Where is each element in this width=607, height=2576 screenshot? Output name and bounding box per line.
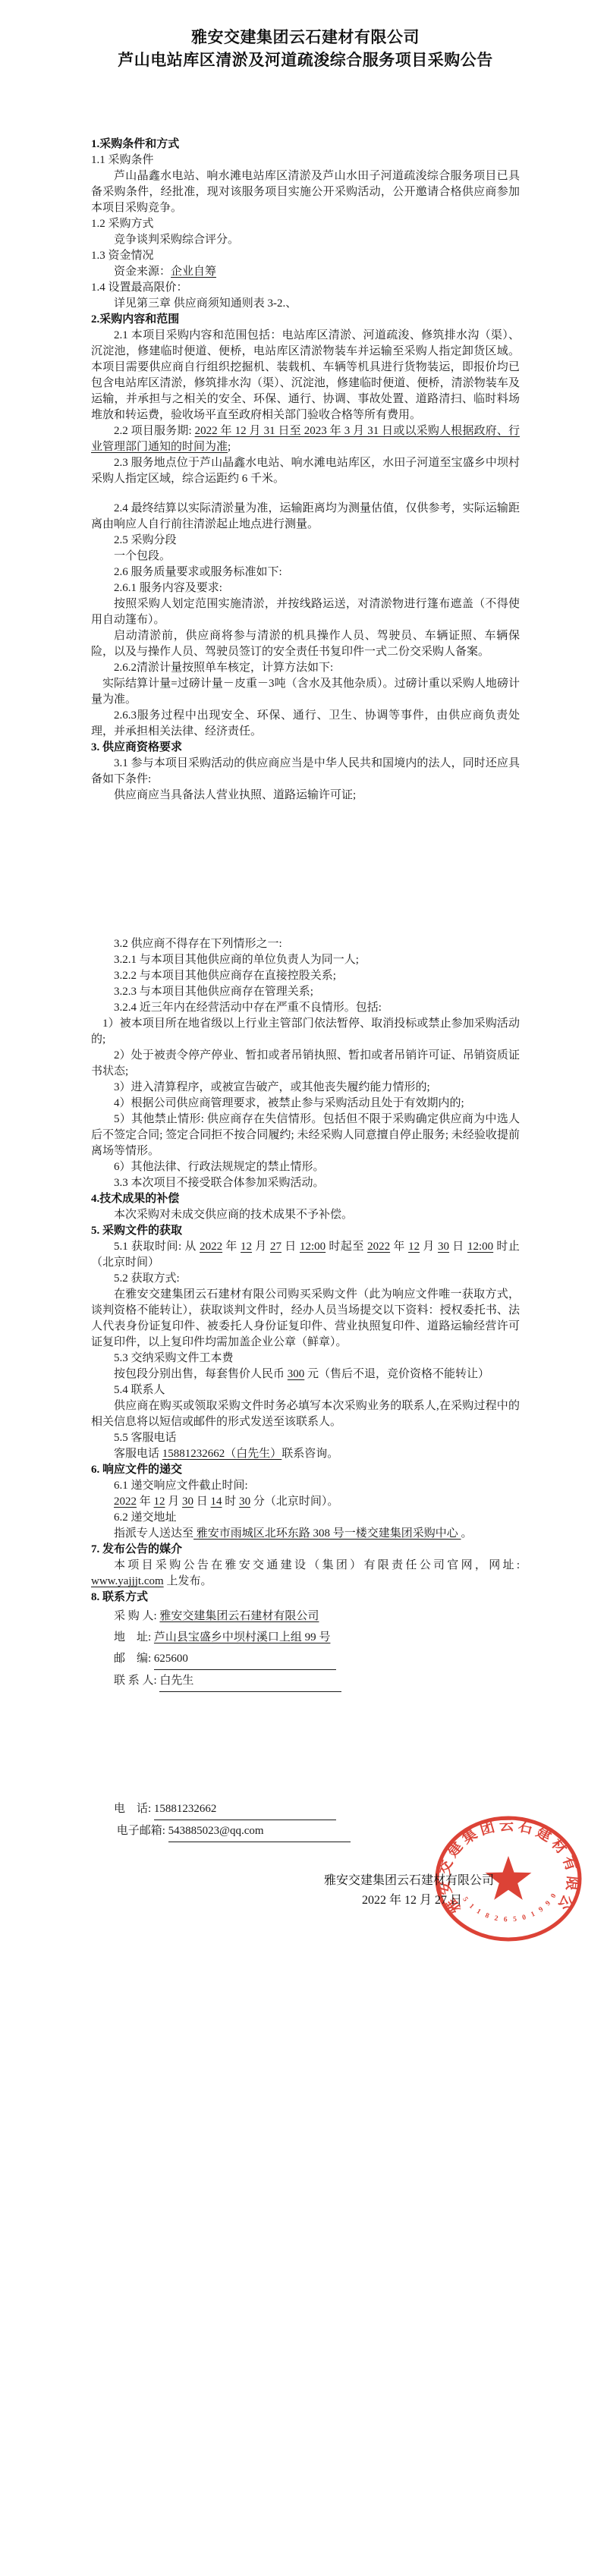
paragraph: 5）其他禁止情形: 供应商存在失信情形。包括但不限于采购确定供应商为中选人后不签… (91, 1112, 520, 1159)
paragraph: 2.4 最终结算以实际清淤量为准，运输距离均为测量估值，仅供参考，实际运输距离由… (91, 501, 520, 533)
underline-field: 雅安交建集团云石建材有限公司 (159, 1610, 319, 1622)
text-segment: 日 (193, 1496, 211, 1508)
paragraph: 2022 年 12 月 30 日 14 时 30 分（北京时间）。 (91, 1494, 520, 1510)
document-content: 雅安交建集团云石建材有限公司 芦山电站库区清淤及河道疏浚综合服务项目采购公告 1… (0, 0, 607, 1911)
underline-field: 12:00 (300, 1241, 326, 1253)
text-segment: 2.6.1 服务内容及要求: (114, 582, 222, 594)
paragraph: 2.6 服务质量要求或服务标准如下: (91, 565, 520, 580)
paragraph: 实际结算计量=过磅计量－皮重－3吨（含水及其他杂质）。过磅计重以采购人地磅计量为… (91, 676, 520, 708)
paragraph: 按包段分别出售，每套售价人民币 300 元（售后不退，竞价资格不能转让） (91, 1367, 520, 1382)
text-segment: 一个包段。 (114, 550, 171, 562)
text-segment: 电子邮箱: (114, 1825, 168, 1837)
paragraph: 芦山晶鑫水电站、响水滩电站库区清淤及芦山水田子河道疏浚综合服务项目已具备采购条件… (91, 168, 520, 216)
contact-person-field: 联 系 人: 白先生 (91, 1670, 520, 1692)
paragraph: 2.1 本项目采购内容和范围包括：电站库区清淤、河道疏浚、修筑排水沟（渠）、沉淀… (91, 328, 520, 423)
paragraph: 启动清淤前，供应商将参与清淤的机具操作人员、驾驶员、车辆证照、车辆保险，以及与操… (91, 628, 520, 660)
text-segment: 按包段分别出售，每套售价人民币 (114, 1368, 288, 1380)
text-segment: 实际结算计量=过磅计量－皮重－3吨（含水及其他杂质）。过磅计重以采购人地磅计量为… (91, 678, 520, 706)
paragraph: 6.1 递交响应文件截止时间: (91, 1478, 520, 1494)
text-segment: 1.4 设置最高限价： (91, 282, 188, 294)
text-segment: 地 址: (114, 1631, 154, 1643)
underline-field: 27 (270, 1241, 281, 1253)
text-segment: 邮 编: (114, 1653, 154, 1665)
text-segment: 3）进入清算程序，或被宣告破产，或其他丧失履约能力情形的; (114, 1081, 430, 1093)
text-segment: 2.4 最终结算以实际清淤量为准，运输距离均为测量估值，仅供参考，实际运输距离由… (91, 502, 520, 530)
text-segment: 芦山晶鑫水电站、响水滩电站库区清淤及芦山水田子河道疏浚综合服务项目已具备采购条件… (91, 170, 520, 214)
underline-field: 14 (211, 1496, 222, 1508)
text-segment: 3.1 参与本项目采购活动的供应商应当是中华人民共和国境内的法人，同时还应具备如… (91, 757, 520, 785)
paragraph: 1）被本项目所在地省级以上行业主管部门依法暂停、取消投标或禁止参加采购活动的; (91, 1016, 520, 1048)
underline-field: 白先生 (159, 1670, 341, 1692)
text-segment: 3.3 本次项目不接受联合体参加采购活动。 (114, 1177, 325, 1189)
text-segment: 6.1 递交响应文件截止时间: (114, 1480, 248, 1492)
underline-field: 30 (182, 1496, 193, 1508)
text-segment: 2.1 本项目采购内容和范围包括：电站库区清淤、河道疏浚、修筑排水沟（渠）、沉淀… (91, 329, 520, 421)
text-segment: 月 (165, 1496, 183, 1508)
underline-field: 30 (239, 1496, 250, 1508)
underline-field: 企业自筹 (171, 266, 216, 278)
text-segment: 年 (137, 1496, 154, 1508)
text-segment: 1.2 采购方式 (91, 218, 154, 230)
text-segment: 指派专人送达至 (114, 1527, 193, 1540)
paragraph: 3.1 参与本项目采购活动的供应商应当是中华人民共和国境内的法人，同时还应具备如… (91, 756, 520, 788)
paragraph: 供应商在购买或领取采购文件时务必填写本次采购业务的联系人,在采购过程中的相关信息… (91, 1398, 520, 1430)
text-segment: 2.3 服务地点位于芦山晶鑫水电站、响水滩电站库区，水田子河道至宝盛乡中坝村采购… (91, 457, 520, 485)
paragraph: 3.2.3 与本项目其他供应商存在管理关系; (91, 984, 520, 1000)
text-segment: 6. 响应文件的递交 (91, 1464, 182, 1476)
paragraph: 1.2 采购方式 (91, 216, 520, 232)
text-segment: 1.采购条件和方式 (91, 138, 179, 150)
text-segment: 5. 采购文件的获取 (91, 1225, 182, 1237)
text-segment: 3. 供应商资格要求 (91, 741, 182, 753)
signature-date: 2022 年 12 月 27 日 (91, 1891, 520, 1911)
paragraph: 5.3 交纳采购文件工本费 (91, 1351, 520, 1367)
text-segment: 2.6 服务质量要求或服务标准如下: (114, 566, 282, 578)
text-segment: 客服电话 (114, 1448, 162, 1460)
paragraph: 5.4 联系人 (91, 1382, 520, 1398)
text-segment: 竞争谈判采购综合评分。 (114, 234, 239, 246)
text-segment: 2.5 采购分段 (114, 534, 177, 546)
text-segment: 本次采购对未成交供应商的技术成果不予补偿。 (114, 1209, 353, 1221)
purchaser-field: 采 购 人: 雅安交建集团云石建材有限公司 (91, 1606, 520, 1627)
text-segment: 3.2 供应商不得存在下列情形之一: (114, 938, 282, 950)
paragraph: 在雅安交建集团云石建材有限公司购买采购文件（此为响应文件唯一获取方式，谈判资格不… (91, 1287, 520, 1351)
text-segment: 5.4 联系人 (114, 1384, 165, 1396)
paragraph: 5.1 获取时间: 从 2022 年 12 月 27 日 12:00 时起至 2… (91, 1239, 520, 1271)
text-segment: 5.5 客服电话 (114, 1432, 177, 1444)
paragraph: 2.6.3服务过程中出现安全、环保、通行、卫生、协调等事件，由供应商负责处理，并… (91, 708, 520, 740)
paragraph: 3.3 本次项目不接受联合体参加采购活动。 (91, 1175, 520, 1191)
text-segment: 在雅安交建集团云石建材有限公司购买采购文件（此为响应文件唯一获取方式，谈判资格不… (91, 1288, 520, 1348)
text-segment: 联系咨询。 (281, 1448, 338, 1460)
page-break-gap (91, 804, 520, 936)
underline-field: 15881232662（白先生） (162, 1448, 282, 1460)
paragraph: 3.2.4 近三年内在经营活动中存在严重不良情形。包括: (91, 1000, 520, 1016)
paragraph: 2）处于被责令停产停业、暂扣或者吊销执照、暂扣或者吊销许可证、吊销资质证书状态; (91, 1048, 520, 1080)
text-segment: 年 (222, 1241, 241, 1253)
text-segment: 日 (281, 1241, 300, 1253)
paragraph: 一个包段。 (91, 549, 520, 565)
title-line-2: 芦山电站库区清淤及河道疏浚综合服务项目采购公告 (91, 49, 520, 71)
text-segment: 时 (222, 1496, 240, 1508)
paragraph: 3）进入清算程序，或被宣告破产，或其他丧失履约能力情形的; (91, 1080, 520, 1096)
text-segment: 5.1 获取时间: 从 (114, 1241, 200, 1253)
section-8-heading: 8. 联系方式 (91, 1590, 520, 1606)
section-4-heading: 4.技术成果的补偿 (91, 1191, 520, 1207)
underline-field: 12:00 (467, 1241, 493, 1253)
paragraph: 6.2 递交地址 (91, 1510, 520, 1526)
text-segment: 4）根据公司供应商管理要求，被禁止参与采购活动且处于有效期内的; (114, 1097, 464, 1109)
text-segment: 资金来源： (114, 266, 171, 278)
paragraph: 2.5 采购分段 (91, 533, 520, 549)
text-segment: 电 话: (114, 1803, 154, 1815)
text-segment: ; (228, 441, 231, 453)
text-segment: 分（北京时间）。 (250, 1496, 338, 1508)
section-1-heading: 1.采购条件和方式 (91, 137, 520, 153)
paragraph: 1.3 资金情况 (91, 248, 520, 264)
section-3-heading: 3. 供应商资格要求 (91, 740, 520, 756)
text-segment: 3.2.1 与本项目其他供应商的单位负责人为同一人; (114, 954, 359, 966)
text-segment: 4.技术成果的补偿 (91, 1193, 179, 1205)
underline-field: 雅安市雨城区北环东路 308 号一楼交建集团采购中心 (193, 1527, 461, 1540)
text-segment: 1.1 采购条件 (91, 154, 154, 166)
section-2-heading: 2.采购内容和范围 (91, 312, 520, 328)
underline-field: 12 (241, 1241, 252, 1253)
text-segment: 年 (390, 1241, 408, 1253)
title-line-1: 雅安交建集团云石建材有限公司 (91, 26, 520, 49)
paragraph: 1.1 采购条件 (91, 153, 520, 168)
signature-company: 雅安交建集团云石建材有限公司 (91, 1871, 520, 1891)
text-segment: 1.3 资金情况 (91, 250, 154, 262)
underline-field: 芦山县宝盛乡中坝村溪口上组 99 号 (154, 1631, 331, 1643)
text-segment: 1）被本项目所在地省级以上行业主管部门依法暂停、取消投标或禁止参加采购活动的; (91, 1018, 520, 1046)
text-segment: 8. 联系方式 (91, 1591, 148, 1603)
paragraph: 4）根据公司供应商管理要求，被禁止参与采购活动且处于有效期内的; (91, 1096, 520, 1112)
paragraph: 本次采购对未成交供应商的技术成果不予补偿。 (91, 1207, 520, 1223)
text-segment: 元（售后不退，竞价资格不能转让） (304, 1368, 489, 1380)
text-segment: 供应商在购买或领取采购文件时务必填写本次采购业务的联系人,在采购过程中的相关信息… (91, 1400, 520, 1428)
underline-field: 2022 (200, 1241, 222, 1253)
text-segment: 按照采购人划定范围实施清淤，并按线路运送，对清淤物进行篷布遮盖（不得使用自动篷布… (91, 598, 520, 626)
paragraph: 3.2.2 与本项目其他供应商存在直接控股关系; (91, 968, 520, 984)
paragraph: 指派专人送达至 雅安市雨城区北环东路 308 号一楼交建集团采购中心 。 (91, 1526, 520, 1542)
underline-field: 625600 (154, 1648, 336, 1670)
document-page: 雅安交建集团云石建材有限公司 芦山电站库区清淤及河道疏浚综合服务项目采购公告 1… (0, 0, 607, 2576)
text-segment: 联 系 人: (114, 1675, 159, 1687)
underline-field: 15881232662 (154, 1798, 336, 1820)
text-segment: 5.2 获取方式: (114, 1272, 180, 1285)
text-segment: 5）其他禁止情形: 供应商存在失信情形。包括但不限于采购确定供应商为中选人后不签… (91, 1113, 520, 1157)
text-segment: 2.2 项目服务期: (114, 425, 195, 437)
section-6-heading: 6. 响应文件的递交 (91, 1462, 520, 1478)
text-segment: 启动清淤前，供应商将参与清淤的机具操作人员、驾驶员、车辆证照、车辆保险，以及与操… (91, 630, 520, 658)
text-segment: 3.2.2 与本项目其他供应商存在直接控股关系; (114, 970, 336, 982)
text-segment: 供应商应当具备法人营业执照、道路运输许可证; (114, 789, 356, 801)
underline-field: 2022 (114, 1496, 137, 1508)
paragraph: 本项目采购公告在雅安交通建设（集团）有限责任公司官网，网址: www.yajjj… (91, 1558, 520, 1590)
paragraph: 5.2 获取方式: (91, 1271, 520, 1287)
document-body: 1.采购条件和方式1.1 采购条件芦山晶鑫水电站、响水滩电站库区清淤及芦山水田子… (91, 137, 520, 1842)
signature-block: 雅安交建集团云石建材有限公司 5118265019908 雅安交建集团云石建材有… (91, 1871, 520, 1911)
document-title: 雅安交建集团云石建材有限公司 芦山电站库区清淤及河道疏浚综合服务项目采购公告 (91, 26, 520, 71)
text-segment: 3.2.3 与本项目其他供应商存在管理关系; (114, 986, 313, 998)
address-field: 地 址: 芦山县宝盛乡中坝村溪口上组 99 号 (91, 1627, 520, 1648)
paragraph: 竞争谈判采购综合评分。 (91, 232, 520, 248)
text-segment: 月 (252, 1241, 270, 1253)
paragraph: 3.2 供应商不得存在下列情形之一: (91, 936, 520, 952)
paragraph: 资金来源：企业自筹 (91, 264, 520, 280)
text-segment: 详见第三章 供应商须知通则表 3-2.、 (114, 297, 297, 310)
text-segment: 6）其他法律、行政法规规定的禁止情形。 (114, 1161, 325, 1173)
section-5-heading: 5. 采购文件的获取 (91, 1223, 520, 1239)
text-segment: 7. 发布公告的媒介 (91, 1543, 182, 1555)
paragraph: 2.3 服务地点位于芦山晶鑫水电站、响水滩电站库区，水田子河道至宝盛乡中坝村采购… (91, 455, 520, 487)
text-segment: 时起至 (326, 1241, 367, 1253)
text-segment: 2）处于被责令停产停业、暂扣或者吊销执照、暂扣或者吊销许可证、吊销资质证书状态; (91, 1049, 520, 1077)
text-segment: 本项目采购公告在雅安交通建设（集团）有限责任公司官网，网址: (114, 1559, 520, 1571)
underline-field: 2022 (367, 1241, 390, 1253)
section-7-heading: 7. 发布公告的媒介 (91, 1542, 520, 1558)
page-break-gap (91, 1692, 520, 1798)
text-segment: 5.3 交纳采购文件工本费 (114, 1352, 234, 1364)
text-segment: 上发布。 (164, 1575, 212, 1587)
underline-field: 30 (438, 1241, 449, 1253)
text-segment: 。 (461, 1527, 473, 1540)
paragraph: 6）其他法律、行政法规规定的禁止情形。 (91, 1159, 520, 1175)
paragraph: 客服电话 15881232662（白先生）联系咨询。 (91, 1446, 520, 1462)
paragraph: 5.5 客服电话 (91, 1430, 520, 1446)
text-segment: 6.2 递交地址 (114, 1511, 177, 1524)
text-segment: 2.6.3服务过程中出现安全、环保、通行、卫生、协调等事件，由供应商负责处理，并… (91, 709, 520, 738)
paragraph: 1.4 设置最高限价： (91, 280, 520, 296)
postcode-field: 邮 编: 625600 (91, 1648, 520, 1670)
text-segment: 3.2.4 近三年内在经营活动中存在严重不良情形。包括: (114, 1002, 382, 1014)
underline-field: 300 (288, 1368, 305, 1380)
text-segment: 2.采购内容和范围 (91, 313, 179, 326)
paragraph: 按照采购人划定范围实施清淤，并按线路运送，对清淤物进行篷布遮盖（不得使用自动篷布… (91, 596, 520, 628)
underline-field: 12 (154, 1496, 165, 1508)
paragraph: 详见第三章 供应商须知通则表 3-2.、 (91, 296, 520, 312)
text-segment: 采 购 人: (114, 1610, 159, 1622)
underline-field: 543885023@qq.com (168, 1820, 351, 1842)
text-segment: 2.6.2清淤计量按照单车核定，计算方法如下: (114, 662, 333, 674)
paragraph: 3.2.1 与本项目其他供应商的单位负责人为同一人; (91, 952, 520, 968)
text-segment: 月 (420, 1241, 438, 1253)
underline-field: 12 (408, 1241, 420, 1253)
underline-field: www.yajjjt.com (91, 1575, 164, 1587)
paragraph: 2.6.1 服务内容及要求: (91, 580, 520, 596)
paragraph: 2.6.2清淤计量按照单车核定，计算方法如下: (91, 660, 520, 676)
paragraph: 供应商应当具备法人营业执照、道路运输许可证; (91, 788, 520, 804)
paragraph: 2.2 项目服务期: 2022 年 12 月 31 日至 2023 年 3 月 … (91, 423, 520, 455)
text-segment: 日 (449, 1241, 467, 1253)
